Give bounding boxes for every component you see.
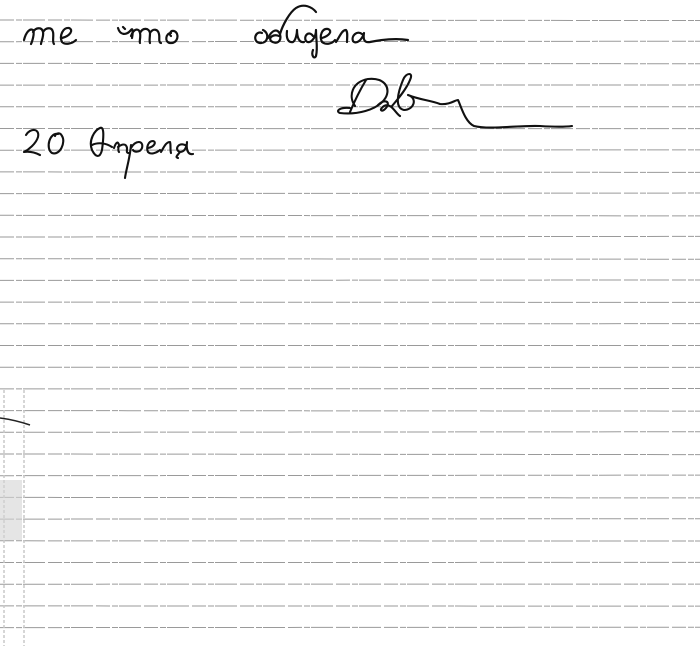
date-handwritten — [24, 128, 193, 178]
handwritten-line-1 — [24, 6, 408, 58]
scanned-page: те что обидела Дев 20 Апреля — [0, 0, 700, 646]
signature — [338, 74, 572, 128]
stray-pen-mark — [0, 418, 30, 425]
handwriting-layer — [0, 0, 700, 646]
